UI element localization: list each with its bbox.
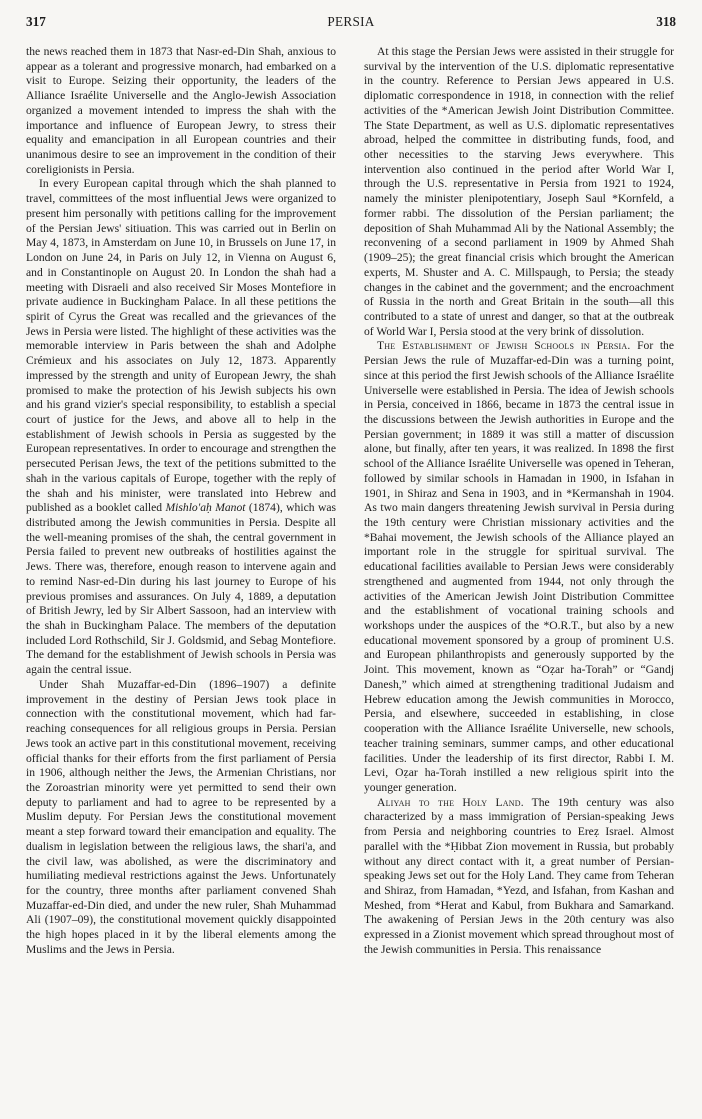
paragraph-text: Under Shah Muzaffar-ed-Din (1896–1907) a… xyxy=(26,678,336,956)
paragraph-european-capitals: In every European capital through which … xyxy=(26,177,336,677)
running-head-title: PERSIA xyxy=(26,12,676,32)
right-column: At this stage the Persian Jews were assi… xyxy=(364,45,674,958)
section-aliyah: Aliyah to the Holy Land. The 19th centur… xyxy=(364,796,674,958)
paragraph-news-reached: the news reached them in 1873 that Nasr-… xyxy=(26,45,336,177)
paragraph-us-intervention: At this stage the Persian Jews were assi… xyxy=(364,45,674,339)
section-heading: The Establishment of Jewish Schools in P… xyxy=(377,339,630,352)
paragraph-text: At this stage the Persian Jews were assi… xyxy=(364,45,674,338)
section-heading: Aliyah to the Holy Land. xyxy=(377,796,524,809)
paragraph-text: (1874), which was distributed among the … xyxy=(26,501,336,676)
paragraph-muzaffar-ed-din: Under Shah Muzaffar-ed-Din (1896–1907) a… xyxy=(26,678,336,958)
paragraph-text: The 19th century was also characterized … xyxy=(364,796,674,956)
book-page-spread: 317 PERSIA 318 the news reached them in … xyxy=(0,0,702,1119)
booklet-title: Mishlo'aḥ Manot xyxy=(166,501,246,514)
paragraph-text: In every European capital through which … xyxy=(26,177,336,514)
section-jewish-schools: The Establishment of Jewish Schools in P… xyxy=(364,339,674,795)
paragraph-text: For the Persian Jews the rule of Muzaffa… xyxy=(364,339,674,794)
running-head: 317 PERSIA 318 xyxy=(26,12,676,32)
paragraph-text: the news reached them in 1873 that Nasr-… xyxy=(26,45,336,176)
left-column: the news reached them in 1873 that Nasr-… xyxy=(26,45,336,958)
right-page-number: 318 xyxy=(656,12,676,32)
